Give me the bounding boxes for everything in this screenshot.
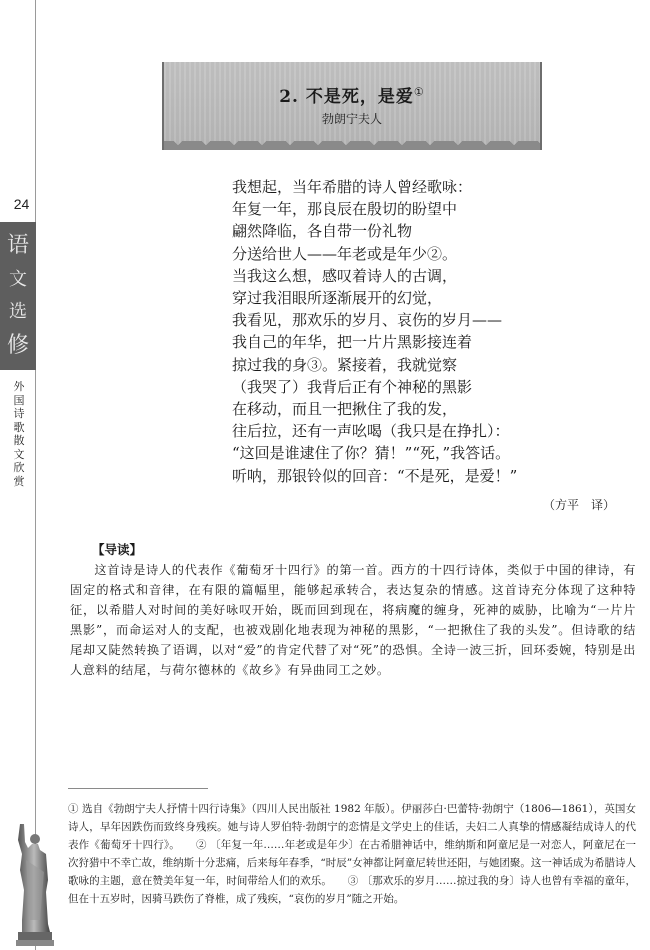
poem-line: 穿过我泪眼所逐渐展开的幻觉， xyxy=(232,287,552,309)
guide-paragraph: 这首诗是诗人的代表作《葡萄牙十四行》的第一首。西方的十四行诗体，类似于中国的律诗… xyxy=(70,560,636,680)
footnote-mark: ① xyxy=(414,85,425,98)
poem-title-text: 2. 不是死，是爱 xyxy=(279,87,414,107)
poem-line: 往后拉，还有一声吆喝（我只是在挣扎）： xyxy=(232,420,552,442)
poem-author: 勃朗宁夫人 xyxy=(164,110,540,127)
side-tab-char: 文 xyxy=(9,271,27,289)
footnote-separator xyxy=(68,788,208,789)
page-number: 24 xyxy=(8,196,35,212)
poem-line: 年复一年，那良辰在殷切的盼望中 xyxy=(232,198,552,220)
title-banner: 2. 不是死，是爱① 勃朗宁夫人 xyxy=(162,62,542,150)
zigzag-border-decoration xyxy=(164,141,540,150)
poem-line: （我哭了）我背后正有个神秘的黑影 xyxy=(232,376,552,398)
poem-line: 我看见，那欢乐的岁月、哀伤的岁月—— xyxy=(232,309,552,331)
poem-line: 当我这么想，感叹着诗人的古调， xyxy=(232,265,552,287)
poem-line: 听呐，那银铃似的回音：“不是死，是爱！” xyxy=(232,465,552,487)
side-tab-band: 语 文 选 修 xyxy=(0,222,36,370)
translator-credit: （方平 译） xyxy=(543,496,615,513)
poem-line: 我想起，当年希腊的诗人曾经歌咏： xyxy=(232,176,552,198)
poem-body: 我想起，当年希腊的诗人曾经歌咏： 年复一年，那良辰在殷切的盼望中 翩然降临，各自… xyxy=(232,176,552,487)
poem-line: 分送给世人——年老或是年少②。 xyxy=(232,243,552,265)
poem-line: 我自己的年华，把一片片黑影接连着 xyxy=(232,331,552,353)
side-tab-char: 选 xyxy=(9,303,27,321)
statue-icon xyxy=(10,820,58,950)
margin-divider-line xyxy=(35,0,36,950)
poem-line: 在移动，而且一把揪住了我的发， xyxy=(232,398,552,420)
poem-line: 掠过我的身③。紧接着，我就觉察 xyxy=(232,354,552,376)
footnote-text: ① 选自《勃朗宁夫人抒情十四行诗集》（四川人民出版社 1982 年版）。伊丽莎白… xyxy=(68,800,636,908)
poem-line: 翩然降临，各自带一份礼物 xyxy=(232,220,552,242)
side-tab-char: 语 xyxy=(7,235,29,257)
side-tab-subtitle: 外国诗歌散文欣赏 xyxy=(10,380,28,488)
poem-line: “这回是谁逮住了你？猜！”“死，”我答话。 xyxy=(232,442,552,464)
poem-title: 2. 不是死，是爱① xyxy=(164,82,540,107)
guide-heading: 【导读】 xyxy=(92,540,142,558)
footnotes: ① 选自《勃朗宁夫人抒情十四行诗集》（四川人民出版社 1982 年版）。伊丽莎白… xyxy=(68,800,636,908)
side-tab-char: 修 xyxy=(7,335,29,357)
